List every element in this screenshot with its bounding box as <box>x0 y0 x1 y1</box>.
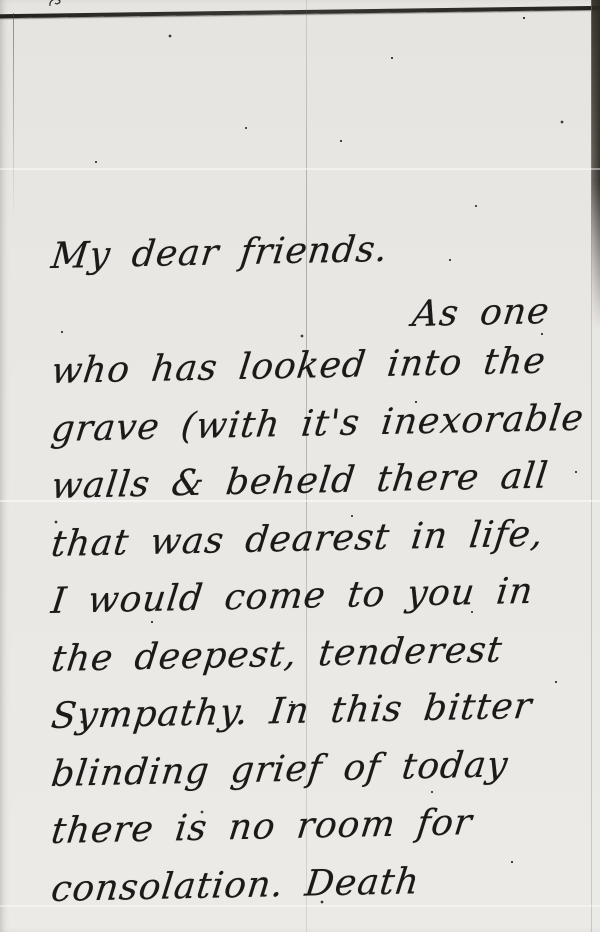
cut-off-pen-stroke <box>48 0 62 9</box>
left-margin-crease <box>13 13 14 223</box>
handwritten-line: there is no room for <box>48 803 572 861</box>
horizontal-crease <box>0 168 600 170</box>
right-page-edge-shadow <box>591 0 600 330</box>
page-top-fold-line <box>0 6 600 19</box>
right-edge-crease <box>591 0 592 932</box>
handwritten-line: consolation. Death <box>48 861 572 919</box>
handwritten-line: My dear friends. <box>48 228 572 286</box>
handwritten-line: blinding grief of today <box>48 746 572 804</box>
letter-scan-page: My dear friends. As one who has looked i… <box>0 0 600 932</box>
salutation: My dear friends. <box>48 221 391 286</box>
letter-body: My dear friends. As one who has looked i… <box>48 228 572 918</box>
